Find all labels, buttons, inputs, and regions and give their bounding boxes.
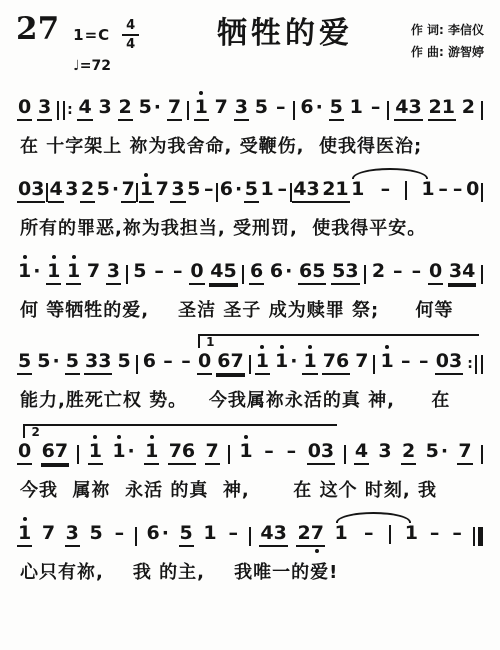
note-token: 21: [321, 180, 349, 203]
note-digit: 1: [203, 524, 216, 543]
note-digit: 6: [42, 442, 55, 461]
credits: 作 词: 李信仪 作 曲: 游智婷: [411, 20, 484, 63]
note-token: 2: [80, 180, 95, 203]
barline: [228, 445, 230, 464]
note-digit: 7: [169, 442, 182, 461]
note-token: 5·: [96, 180, 120, 201]
note-token: 2: [401, 442, 416, 465]
note-token: 76: [322, 352, 350, 375]
barline: [136, 355, 138, 374]
duration-dash: –: [451, 180, 465, 199]
note-digit: 1: [351, 180, 364, 199]
barline: [481, 265, 483, 284]
lyrics-line-3: 何 等牺牲的爱, 圣洁 圣子 成为赎罪 祭; 何等: [20, 296, 486, 322]
note-token: 1: [349, 98, 364, 119]
note-token: 6·: [269, 262, 293, 283]
note-digit: 5: [133, 262, 146, 281]
note-digit: 6: [217, 352, 230, 371]
note-digit: 7: [42, 524, 55, 543]
note-digit: 4: [260, 524, 273, 543]
augmentation-dot: ·: [33, 262, 40, 281]
note-digit: 3: [65, 180, 78, 199]
duration-dash: –: [226, 524, 240, 543]
lyrics-line-6: 心只有祢, 我 的主, 我唯一的爱!: [20, 558, 486, 584]
note-token: 1·: [274, 352, 298, 373]
note-digit: 6: [250, 262, 263, 281]
note-digit: 1: [18, 262, 31, 281]
note-token: 1: [66, 262, 81, 285]
barline: [187, 101, 189, 120]
note-token: 1·: [111, 442, 135, 463]
lyricist-label: 作 词:: [411, 23, 444, 37]
note-token: 43: [394, 98, 422, 121]
note-token: 7: [86, 262, 101, 283]
note-token: 1: [404, 524, 419, 545]
note-digit: 3: [409, 98, 422, 117]
note-digit: 2: [462, 98, 475, 117]
note-digit: 6: [220, 180, 233, 199]
note-digit: 1: [145, 442, 158, 461]
repeat-bars: [57, 101, 65, 120]
note-digit: 5: [66, 352, 79, 371]
note-digit: 4: [462, 262, 475, 281]
octave-dot-above: [144, 173, 148, 177]
note-digit: 1: [89, 442, 102, 461]
note-digit: 6: [147, 524, 160, 543]
note-digit: 7: [206, 442, 219, 461]
barline: [373, 355, 375, 374]
augmentation-dot: ·: [162, 524, 169, 543]
barline: [481, 101, 483, 120]
note-digit: 5: [187, 180, 200, 199]
lyrics-line-2: 所有的罪恶,祢为我担当, 受刑罚, 使我得平安。: [20, 214, 486, 240]
note-digit: 7: [87, 262, 100, 281]
note-digit: 5: [330, 98, 343, 117]
note-digit: 0: [18, 180, 31, 199]
note-token: 3: [106, 262, 121, 285]
note-token: 1: [420, 180, 435, 201]
note-digit: 7: [55, 442, 68, 461]
note-token: 67: [216, 352, 244, 375]
note-token: 3: [65, 524, 80, 547]
note-digit: 7: [168, 98, 181, 117]
note-digit: 4: [395, 98, 408, 117]
note-token: 5: [132, 262, 147, 283]
barline: [364, 265, 366, 284]
duration-dash: –: [171, 262, 185, 281]
note-token: 5·: [425, 442, 449, 463]
tie-group: 1–1: [334, 524, 419, 545]
note-digit: 3: [306, 180, 319, 199]
note-digit: 7: [323, 352, 336, 371]
lyrics-line-5: 今我 属祢 永活 的真 神, 在 这个 时刻, 我: [20, 476, 486, 502]
notes-line-5: 06711·17671––034325·72: [14, 432, 486, 470]
octave-dot-above: [23, 255, 27, 259]
note-token: 0: [17, 98, 32, 121]
note-token: 76: [168, 442, 196, 465]
note-digit: 6: [336, 352, 349, 371]
note-digit: 1: [421, 180, 434, 199]
duration-dash: –: [417, 352, 431, 371]
barline: [77, 445, 79, 464]
note-token: 4: [354, 442, 369, 465]
barline: [249, 527, 251, 546]
note-token: 5: [186, 180, 201, 201]
note-digit: 3: [107, 262, 120, 281]
note-token: 67: [41, 442, 69, 465]
augmentation-dot: ·: [154, 98, 161, 117]
system-5: 06711·17671––034325·72 今我 属祢 永活 的真 神, 在 …: [14, 432, 486, 502]
note-digit: 2: [429, 98, 442, 117]
note-digit: 1: [442, 98, 455, 117]
note-token: 7: [41, 524, 56, 545]
note-token: 1: [144, 442, 159, 465]
note-digit: 0: [190, 262, 203, 281]
system-1: 03:4325·71735–6·51–43212 在 十字架上 祢为我舍命, 受…: [14, 88, 486, 158]
repeat-end-barline: :: [467, 355, 483, 374]
note-digit: 5: [139, 98, 152, 117]
augmentation-dot: ·: [441, 442, 448, 461]
note-token: 0: [17, 442, 32, 465]
note-token: 1: [88, 442, 103, 465]
note-digit: 3: [449, 352, 462, 371]
header: 27 1=C 4 4 ♩=72 牺牲的爱 作 词: 李信仪 作 曲: 游智婷: [14, 10, 486, 74]
duration-dash: –: [436, 180, 450, 199]
note-token: 2: [118, 98, 133, 121]
note-digit: 6: [299, 262, 312, 281]
song-title: 牺牲的爱: [159, 16, 411, 52]
augmentation-dot: ·: [316, 98, 323, 117]
note-token: 7: [167, 98, 182, 121]
note-digit: 2: [119, 98, 132, 117]
barline: [242, 265, 244, 284]
lyrics-line-4: 能力,胜死亡权 势。 今我属祢永活的真 神, 在: [20, 386, 486, 412]
note-digit: 5: [97, 180, 110, 199]
note-digit: 3: [38, 98, 51, 117]
note-digit: 1: [195, 98, 208, 117]
barline: [126, 265, 128, 284]
lyrics-line-1: 在 十字架上 祢为我舍命, 受鞭伤, 使我得医治;: [20, 132, 486, 158]
note-token: 03: [435, 352, 463, 375]
note-token: 3: [64, 180, 79, 201]
note-token: 4: [48, 180, 63, 203]
note-token: 5·: [138, 98, 162, 119]
note-digit: 0: [466, 180, 479, 199]
notes-line-4: 55·53356––06711·17671––03:1: [14, 342, 486, 380]
note-token: 03: [17, 180, 45, 203]
lyricist-name: 李信仪: [448, 23, 484, 37]
duration-dash: –: [262, 442, 276, 461]
note-digit: 6: [270, 262, 283, 281]
duration-dash: –: [112, 524, 126, 543]
note-token: 6·: [219, 180, 243, 201]
note-digit: 3: [449, 262, 462, 281]
note-digit: 4: [293, 180, 306, 199]
note-digit: 1: [239, 442, 252, 461]
note-digit: 3: [99, 98, 112, 117]
note-digit: 3: [31, 180, 44, 199]
note-token: 1: [255, 352, 270, 375]
lyricist-credit: 作 词: 李信仪: [411, 20, 484, 42]
volta-bracket: 1: [198, 334, 478, 348]
note-token: 1: [194, 98, 209, 121]
note-digit: 3: [66, 524, 79, 543]
note-token: 34: [448, 262, 476, 285]
note-token: 65: [298, 262, 326, 285]
note-token: 6·: [299, 98, 323, 119]
duration-dash: –: [179, 352, 193, 371]
note-digit: 5: [255, 98, 268, 117]
note-digit: 6: [182, 442, 195, 461]
time-signature: 4 4: [122, 18, 139, 51]
note-token: 5: [179, 524, 194, 547]
note-digit: 7: [156, 180, 169, 199]
augmentation-dot: ·: [52, 352, 59, 371]
note-token: 53: [331, 262, 359, 285]
note-token: 5: [65, 352, 80, 375]
note-digit: 7: [122, 180, 135, 199]
note-digit: 3: [378, 442, 391, 461]
barline: [249, 355, 251, 374]
note-token: 43: [259, 524, 287, 547]
note-digit: 5: [224, 262, 237, 281]
key-and-tempo-block: 1=C 4 4 ♩=72: [73, 18, 159, 74]
barline: [293, 101, 295, 120]
note-token: 7: [155, 180, 170, 201]
note-token: 7: [457, 442, 472, 465]
note-token: 1·: [17, 262, 41, 283]
time-signature-bottom: 4: [126, 36, 135, 51]
note-token: 3: [170, 180, 185, 203]
note-token: 1: [238, 442, 253, 463]
note-digit: 5: [332, 262, 345, 281]
note-token: 4: [77, 98, 92, 121]
note-token: 6·: [146, 524, 170, 545]
barline: [135, 527, 137, 546]
note-digit: 3: [321, 442, 334, 461]
note-digit: 0: [18, 442, 31, 461]
note-token: 0: [197, 352, 212, 375]
note-digit: 1: [335, 524, 348, 543]
notes-line-1: 03:4325·71735–6·51–43212: [14, 88, 486, 126]
augmentation-dot: ·: [290, 352, 297, 371]
note-digit: 6: [300, 98, 313, 117]
note-digit: 2: [372, 262, 385, 281]
duration-dash: –: [378, 180, 392, 199]
augmentation-dot: ·: [128, 442, 135, 461]
note-digit: 1: [303, 352, 316, 371]
note-token: 43: [292, 180, 320, 203]
barline: [387, 101, 389, 120]
note-digit: 1: [380, 352, 393, 371]
note-digit: 1: [67, 262, 80, 281]
repeat-begin-barline: :: [57, 101, 73, 120]
repeat-dots: :: [467, 357, 473, 371]
system-6: 1735–6·51–43271–1–– 心只有祢, 我 的主, 我唯一的爱!: [14, 514, 486, 584]
repeat-bars: [475, 355, 483, 374]
note-digit: 7: [458, 442, 471, 461]
note-digit: 1: [260, 180, 273, 199]
note-token: 3: [98, 98, 113, 119]
key-signature: 1=C: [73, 26, 110, 44]
note-token: 1: [202, 524, 217, 545]
note-digit: 1: [350, 98, 363, 117]
note-digit: 5: [37, 352, 50, 371]
note-digit: 1: [18, 524, 31, 543]
note-token: 1: [302, 352, 317, 375]
note-digit: 0: [198, 352, 211, 371]
note-token: 2: [371, 262, 386, 283]
note-digit: 5: [89, 524, 102, 543]
sheet-music-page: 27 1=C 4 4 ♩=72 牺牲的爱 作 词: 李信仪 作 曲: 游智婷: [0, 0, 500, 650]
note-digit: 4: [78, 98, 91, 117]
note-digit: 3: [274, 524, 287, 543]
note-token: 7: [214, 98, 229, 119]
note-digit: 6: [143, 352, 156, 371]
tie-group: 1–1: [350, 180, 435, 201]
note-token: 0: [428, 262, 443, 285]
note-token: 3: [37, 98, 52, 121]
note-digit: 7: [230, 352, 243, 371]
note-token: 5: [17, 352, 32, 375]
note-token: 1: [17, 524, 32, 547]
repeat-dots: :: [67, 103, 73, 117]
song-number: 27: [16, 14, 59, 45]
note-digit: 4: [49, 180, 62, 199]
note-digit: 3: [98, 352, 111, 371]
note-digit: 0: [429, 262, 442, 281]
note-digit: 3: [345, 262, 358, 281]
system-2: 034325·71735–6·51–43211–1––0 所有的罪恶,祢为我担当…: [14, 170, 486, 240]
note-digit: 5: [117, 352, 130, 371]
system-3: 1·11735––04566·65532––034 何 等牺牲的爱, 圣洁 圣子…: [14, 252, 486, 322]
notes-line-3: 1·11735––04566·65532––034: [14, 252, 486, 290]
note-token: 21: [428, 98, 456, 121]
duration-dash: –: [202, 180, 216, 199]
note-token: 5: [254, 98, 269, 119]
note-token: 6: [142, 352, 157, 373]
note-token: 6: [249, 262, 264, 285]
note-token: 5: [244, 180, 259, 203]
duration-dash: –: [275, 180, 289, 199]
note-digit: 2: [297, 524, 310, 543]
composer-label: 作 曲:: [411, 45, 444, 59]
final-barline: [473, 527, 483, 546]
note-digit: 2: [81, 180, 94, 199]
octave-dot-below: [315, 549, 319, 553]
note-token: 3: [234, 98, 249, 121]
note-digit: 0: [436, 352, 449, 371]
duration-dash: –: [274, 98, 288, 117]
duration-dash: –: [369, 98, 383, 117]
time-signature-top: 4: [122, 18, 139, 36]
duration-dash: –: [450, 524, 464, 543]
note-digit: 1: [256, 352, 269, 371]
duration-dash: –: [362, 524, 376, 543]
note-token: 1: [334, 524, 349, 545]
octave-dot-above: [199, 91, 203, 95]
barline: [481, 183, 483, 202]
note-digit: 4: [355, 442, 368, 461]
note-token: 1: [46, 262, 61, 285]
augmentation-dot: ·: [285, 262, 292, 281]
note-digit: 5: [312, 262, 325, 281]
note-token: 45: [209, 262, 237, 285]
augmentation-dot: ·: [112, 180, 119, 199]
duration-dash: –: [284, 442, 298, 461]
note-digit: 0: [18, 98, 31, 117]
duration-dash: –: [391, 262, 405, 281]
note-token: 3: [377, 442, 392, 463]
duration-dash: –: [399, 352, 413, 371]
duration-dash: –: [409, 262, 423, 281]
composer-name: 游智婷: [448, 45, 484, 59]
note-digit: 1: [335, 180, 348, 199]
note-token: 2: [461, 98, 476, 119]
tempo-marking: ♩=72: [73, 58, 159, 74]
barline: [405, 181, 407, 200]
octave-dot-above: [72, 255, 76, 259]
note-token: 0: [189, 262, 204, 285]
barline: [481, 445, 483, 464]
note-token: 5: [329, 98, 344, 121]
note-token: 1: [259, 180, 274, 201]
notes-line-6: 1735–6·51–43271–1––: [14, 514, 486, 552]
system-4: 55·53356––06711·17671––03:1 能力,胜死亡权 势。 今…: [14, 342, 486, 412]
note-digit: 7: [311, 524, 324, 543]
note-token: 7: [354, 352, 369, 373]
note-token: 1: [139, 180, 154, 203]
note-token: 5·: [36, 352, 60, 373]
volta-bracket: 2: [23, 424, 337, 438]
note-token: 1: [379, 352, 394, 373]
note-digit: 5: [18, 352, 31, 371]
note-digit: 0: [308, 442, 321, 461]
duration-dash: –: [161, 352, 175, 371]
volta-label: 2: [31, 426, 39, 438]
note-digit: 7: [355, 352, 368, 371]
composer-credit: 作 曲: 游智婷: [411, 42, 484, 64]
note-digit: 5: [426, 442, 439, 461]
note-digit: 1: [405, 524, 418, 543]
note-token: 0: [465, 180, 480, 201]
barline: [344, 445, 346, 464]
note-digit: 5: [245, 180, 258, 199]
volta-label: 1: [206, 336, 214, 348]
notes-line-2: 034325·71735–6·51–43211–1––0: [14, 170, 486, 208]
note-digit: 5: [180, 524, 193, 543]
note-token: 7: [121, 180, 136, 203]
note-digit: 2: [322, 180, 335, 199]
octave-dot-above: [52, 255, 56, 259]
note-token: 03: [307, 442, 335, 465]
note-digit: 3: [85, 352, 98, 371]
octave-dot-above: [23, 517, 27, 521]
note-digit: 4: [210, 262, 223, 281]
note-digit: 1: [140, 180, 153, 199]
duration-dash: –: [152, 262, 166, 281]
note-token: 5: [88, 524, 103, 545]
note-token: 5: [116, 352, 131, 373]
note-digit: 3: [235, 98, 248, 117]
augmentation-dot: ·: [235, 180, 242, 199]
note-digit: 7: [215, 98, 228, 117]
note-digit: 1: [112, 442, 125, 461]
note-token: 27: [296, 524, 324, 547]
barline: [389, 525, 391, 544]
note-digit: 1: [275, 352, 288, 371]
note-token: 7: [205, 442, 220, 465]
